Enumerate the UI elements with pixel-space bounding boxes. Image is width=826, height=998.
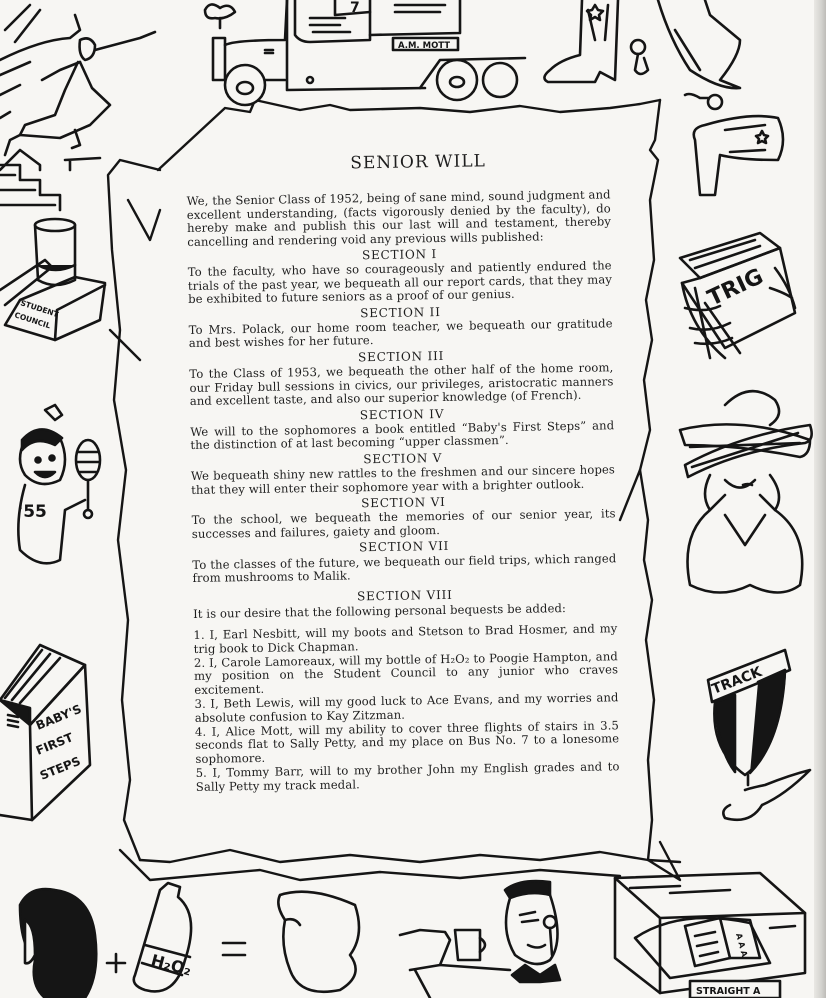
case-label: STRAIGHT A bbox=[696, 986, 761, 997]
bus-number: 7 bbox=[350, 0, 360, 16]
straight-a-display-case-drawing: STRAIGHT A A A A bbox=[610, 868, 815, 998]
section-text: We bequeath shiny new rattles to the fre… bbox=[191, 463, 615, 496]
will-intro: We, the Senior Class of 1952, being of s… bbox=[187, 189, 612, 249]
school-bus-drawing: A.M. MOTT 7 bbox=[195, 0, 525, 105]
grade-marks: A A A bbox=[734, 932, 749, 958]
baby-with-rattle-drawing: '55 bbox=[0, 400, 115, 580]
man-with-coffee-monocle-drawing bbox=[400, 870, 600, 998]
trig-book-cobwebs-drawing: TRIG bbox=[670, 228, 820, 368]
section-text: To the school, we bequeath the memories … bbox=[192, 508, 616, 541]
book-title-line2: FIRST bbox=[34, 730, 76, 758]
baby-shirt-label: '55 bbox=[18, 502, 47, 522]
section-5: SECTION V We bequeath shiny new rattles … bbox=[191, 449, 616, 497]
running-woman-drawing bbox=[0, 0, 180, 170]
section-8: SECTION VIII It is our desire that the f… bbox=[193, 587, 620, 794]
document-title: SENIOR WILL bbox=[226, 153, 610, 172]
section-7: SECTION VII To the classes of the future… bbox=[192, 537, 617, 585]
section-3: SECTION III To the Class of 1953, we beq… bbox=[189, 347, 614, 408]
bequest-item: 2. I, Carole Lamoreaux, will my bottle o… bbox=[194, 650, 619, 697]
section-2: SECTION II To Mrs. Polack, our home room… bbox=[188, 303, 613, 351]
bequest-item: 4. I, Alice Mott, will my ability to cov… bbox=[195, 719, 620, 766]
track-medal-drawing: TRACK bbox=[690, 640, 820, 840]
book-title-line1: BABY'S bbox=[34, 702, 84, 733]
section-text: We will to the sophomores a book entitle… bbox=[190, 419, 614, 452]
confused-student-drawing bbox=[670, 385, 820, 605]
hair-bleach-equation-drawing: H₂O₂ bbox=[10, 875, 390, 998]
section-text: To the faculty, who have so courageously… bbox=[188, 260, 613, 307]
section-text: To the classes of the future, we bequeat… bbox=[192, 552, 616, 585]
senior-will-document: SENIOR WILL We, the Senior Class of 1952… bbox=[186, 153, 620, 795]
bus-sign-label: A.M. MOTT bbox=[398, 41, 450, 51]
section-6: SECTION VI To the school, we bequeath th… bbox=[191, 493, 616, 541]
section-text: To the Class of 1953, we bequeath the ot… bbox=[189, 362, 614, 409]
section-1: SECTION I To the faculty, who have so co… bbox=[187, 245, 612, 306]
bequest-item: 5. I, Tommy Barr, will to my brother Joh… bbox=[196, 761, 620, 794]
trig-book-label: TRIG bbox=[704, 264, 767, 311]
section-4: SECTION IV We will to the sophomores a b… bbox=[190, 405, 615, 453]
section-text: To Mrs. Polack, our home room teacher, w… bbox=[189, 317, 613, 350]
gavel-student-council-drawing: STUDENT COUNCIL bbox=[0, 205, 110, 340]
babys-first-steps-book-drawing: BABY'S FIRST STEPS bbox=[0, 640, 100, 840]
